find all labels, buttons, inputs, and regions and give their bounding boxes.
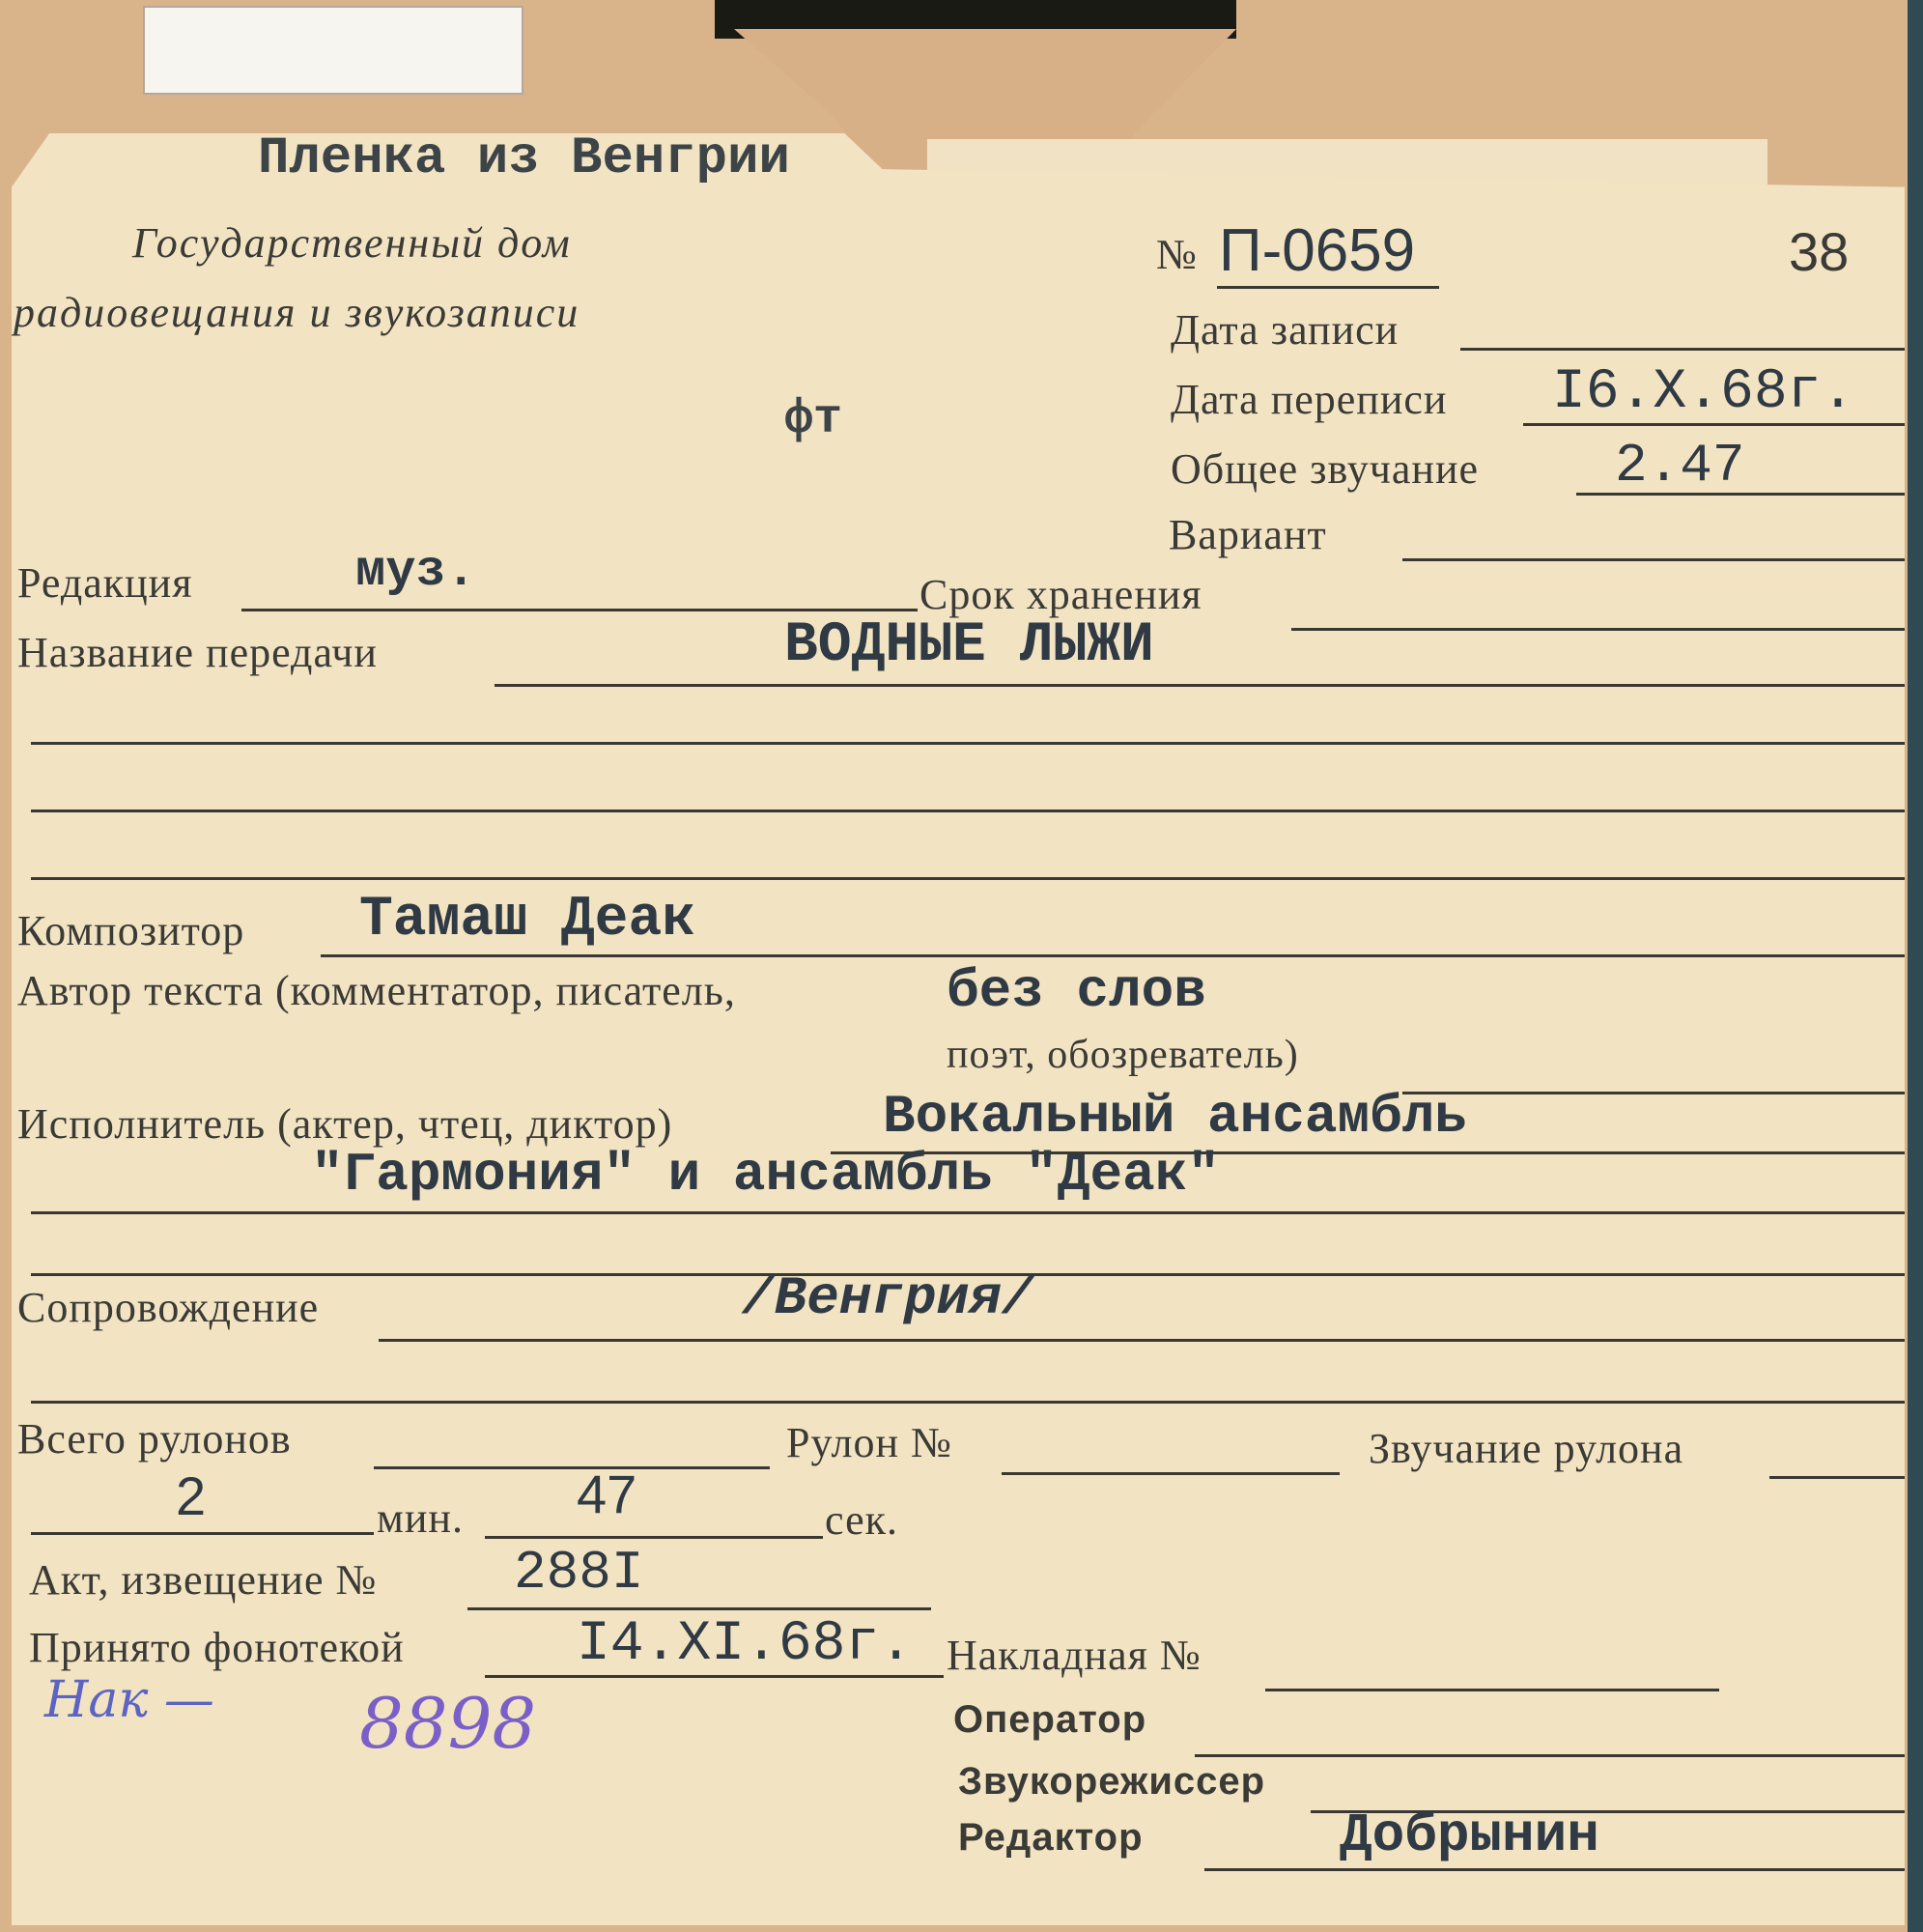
accepted-label: Принято фонотекой xyxy=(29,1623,405,1672)
editor-value: Добрынин xyxy=(1340,1804,1599,1866)
waybill-label: Накладная № xyxy=(947,1631,1202,1680)
program-title-line-3[interactable] xyxy=(31,810,1905,812)
minutes-field[interactable] xyxy=(31,1532,374,1535)
performer-value-line-2: "Гармония" и ансамбль "Деак" xyxy=(311,1144,1220,1206)
handwritten-number: 8898 xyxy=(359,1683,536,1764)
org-line-2: радиовещания и звукозаписи xyxy=(14,288,580,337)
card-number: П-0659 xyxy=(1219,216,1415,285)
seconds-unit: сек. xyxy=(825,1495,898,1545)
text-author-label: Автор текста (комментатор, писатель, xyxy=(17,966,736,1015)
accompaniment-label: Сопровождение xyxy=(17,1283,319,1332)
sound-director-label: Звукорежиссер xyxy=(958,1760,1265,1804)
performer-label: Исполнитель (актер, чтец, диктор) xyxy=(17,1099,672,1149)
handwritten-note: Нак — xyxy=(44,1671,214,1729)
text-author-field[interactable] xyxy=(1402,1092,1905,1094)
roll-duration-field[interactable] xyxy=(1769,1476,1905,1479)
editor-field[interactable] xyxy=(1204,1868,1905,1871)
roll-no-field[interactable] xyxy=(1002,1472,1340,1475)
total-duration-label: Общее звучание xyxy=(1171,444,1479,494)
blank-label-sticker xyxy=(143,6,523,95)
waybill-field[interactable] xyxy=(1265,1689,1719,1691)
editor-label: Редактор xyxy=(958,1816,1144,1860)
minutes-unit: мин. xyxy=(377,1493,464,1543)
performer-value-line-1: Вокальный ансамбль xyxy=(883,1086,1467,1148)
rewrite-date-value: I6.X.68г. xyxy=(1552,361,1854,424)
accompaniment-field[interactable] xyxy=(379,1339,1905,1342)
performer-line-2[interactable] xyxy=(31,1211,1905,1214)
editorial-value: муз. xyxy=(355,543,476,600)
act-notice-field[interactable] xyxy=(467,1607,931,1610)
seconds-value: 47 xyxy=(577,1463,636,1525)
total-rolls-field[interactable] xyxy=(374,1466,770,1469)
variant-field[interactable] xyxy=(1402,558,1905,561)
corner-number: 38 xyxy=(1789,220,1849,283)
program-title-label: Название передачи xyxy=(17,628,378,677)
rewrite-date-label: Дата переписи xyxy=(1171,375,1447,424)
act-notice-label: Акт, извещение № xyxy=(29,1555,377,1605)
roll-no-label: Рулон № xyxy=(786,1418,952,1467)
accepted-field[interactable] xyxy=(485,1675,944,1678)
registration-card: Пленка из Венгрии Государственный дом ра… xyxy=(12,133,1905,1925)
seconds-field[interactable] xyxy=(485,1536,823,1539)
number-label: № xyxy=(1156,230,1198,279)
variant-label: Вариант xyxy=(1169,510,1327,559)
operator-field[interactable] xyxy=(1195,1754,1905,1757)
program-title-value: ВОДНЫЕ ЛЫЖИ xyxy=(784,614,1154,677)
storage-term-field[interactable] xyxy=(1291,628,1905,631)
total-duration-field[interactable] xyxy=(1576,493,1905,496)
editorial-field[interactable] xyxy=(241,609,918,611)
text-author-label-2: поэт, обозреватель) xyxy=(947,1032,1299,1078)
org-line-1: Государственный дом xyxy=(132,218,572,268)
editorial-label: Редакция xyxy=(17,558,192,608)
number-underline xyxy=(1217,286,1439,289)
rewrite-date-field[interactable] xyxy=(1523,423,1905,426)
record-date-label: Дата записи xyxy=(1171,305,1399,355)
card-header: Пленка из Венгрии xyxy=(258,129,790,188)
storage-term-label: Срок хранения xyxy=(919,570,1202,619)
act-notice-value: 288I xyxy=(514,1542,643,1604)
program-title-field[interactable] xyxy=(495,684,1905,687)
roll-duration-label: Звучание рулона xyxy=(1369,1424,1683,1473)
record-date-field[interactable] xyxy=(1460,348,1905,351)
total-rolls-label: Всего рулонов xyxy=(17,1414,292,1463)
accompaniment-value: /Венгрия/ xyxy=(742,1267,1033,1329)
text-author-value: без слов xyxy=(947,960,1206,1022)
program-title-line-4[interactable] xyxy=(31,877,1905,880)
composer-field[interactable] xyxy=(321,954,1905,957)
program-title-line-2[interactable] xyxy=(31,742,1905,745)
accepted-value: I4.XI.68г. xyxy=(577,1613,913,1676)
operator-label: Оператор xyxy=(953,1698,1146,1742)
minutes-value: 2 xyxy=(176,1464,206,1527)
composer-label: Композитор xyxy=(17,906,244,955)
accompaniment-line-2[interactable] xyxy=(31,1401,1905,1404)
total-duration-value: 2.47 xyxy=(1615,435,1744,497)
composer-value: Тамаш Деак xyxy=(359,889,695,952)
code-mark: фт xyxy=(784,392,842,447)
